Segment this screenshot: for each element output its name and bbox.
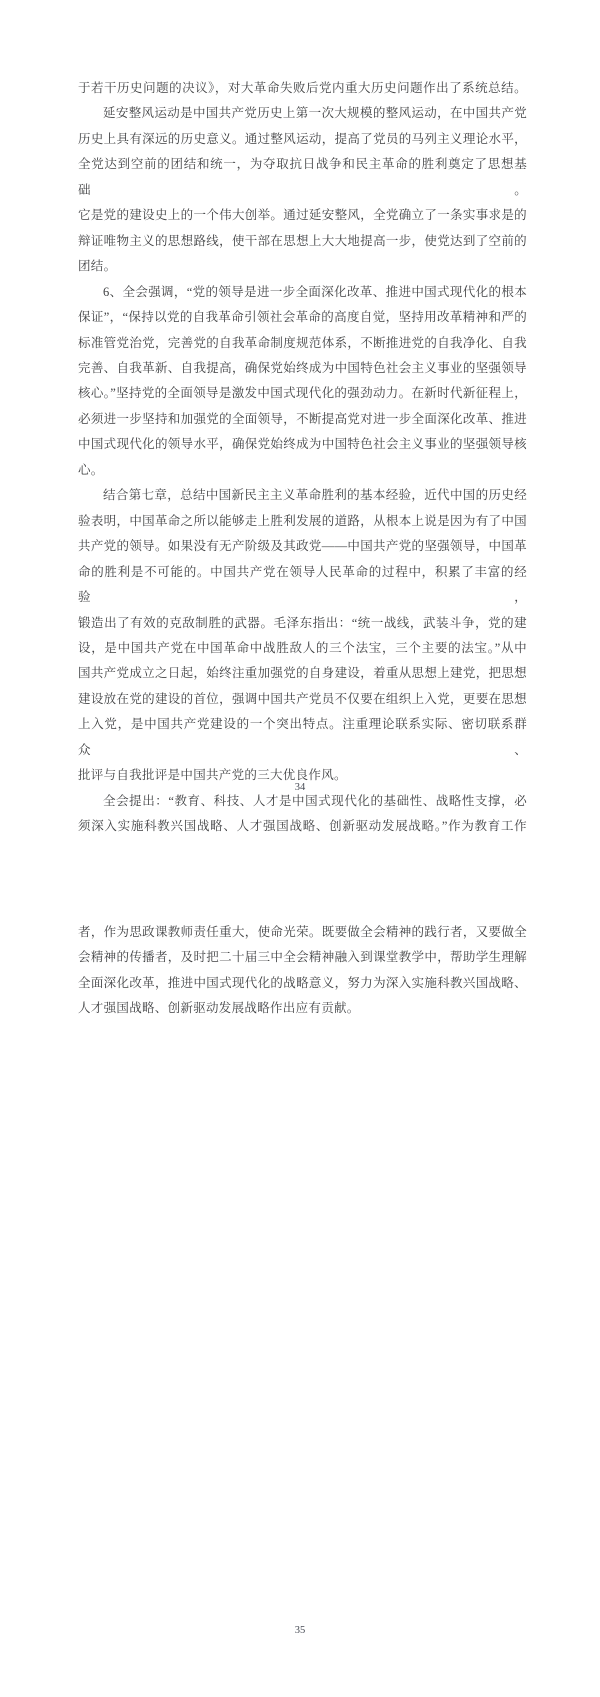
text-line: 于若干历史问题的决议》，对大革命失败后党内重大历史问题作出了系统总结。 bbox=[78, 76, 527, 101]
text-line: 团结。 bbox=[78, 254, 527, 279]
text-line: 辩证唯物主义的思想路线，使干部在思想上大大地提高一步，使党达到了空前的 bbox=[78, 229, 527, 254]
text-line: 者，作为思政课教师责任重大，使命光荣。既要做全会精神的践行者，又要做全 bbox=[78, 920, 527, 945]
text-line: 6、全会强调，“党的领导是进一步全面深化改革、推进中国式现代化的根本 bbox=[78, 280, 527, 305]
document-canvas: 于若干历史问题的决议》，对大革命失败后党内重大历史问题作出了系统总结。延安整风运… bbox=[0, 0, 600, 1697]
text-line: 完善、自我革新、自我提高，确保党始终成为中国特色社会主义事业的坚强领导 bbox=[78, 356, 527, 381]
page-35-body: 者，作为思政课教师责任重大，使命光荣。既要做全会精神的践行者，又要做全会精神的传… bbox=[78, 920, 527, 1022]
text-line: 会精神的传播者，及时把二十届三中全会精神融入到课堂教学中，帮助学生理解 bbox=[78, 945, 527, 970]
text-line: 设，是中国共产党在中国革命中战胜敌人的三个法宝，三个主要的法宝。”从中 bbox=[78, 636, 527, 661]
text-line: 标准管党治党，完善党的自我革命制度规范体系，不断推进党的自我净化、自我 bbox=[78, 331, 527, 356]
text-line: 国共产党成立之日起，始终注重加强党的自身建设，着重从思想上建党，把思想 bbox=[78, 661, 527, 686]
text-line: 必须进一步坚持和加强党的全面领导，不断提高党对进一步全面深化改革、推进 bbox=[78, 407, 527, 432]
text-line: 上入党，是中国共产党建设的一个突出特点。注重理论联系实际、密切联系群众、 bbox=[78, 712, 527, 763]
text-line: 人才强国战略、创新驱动发展战略作出应有贡献。 bbox=[78, 996, 527, 1021]
page-35-number: 35 bbox=[0, 1624, 600, 1638]
text-line: 建设放在党的建设的首位，强调中国共产党员不仅要在组织上入党，更要在思想 bbox=[78, 687, 527, 712]
text-line: 延安整风运动是中国共产党历史上第一次大规模的整风运动，在中国共产党 bbox=[78, 101, 527, 126]
text-line: 验表明，中国革命之所以能够走上胜利发展的道路，从根本上说是因为有了中国 bbox=[78, 509, 527, 534]
text-line: 结合第七章，总结中国新民主主义革命胜利的基本经验，近代中国的历史经 bbox=[78, 483, 527, 508]
text-line: 历史上具有深远的历史意义。通过整风运动，提高了党员的马列主义理论水平， bbox=[78, 127, 527, 152]
text-line: 共产党的领导。如果没有无产阶级及其政党——中国共产党的坚强领导，中国革 bbox=[78, 534, 527, 559]
text-line: 心。 bbox=[78, 458, 527, 483]
text-line: 中国式现代化的领导水平，确保党始终成为中国特色社会主义事业的坚强领导核 bbox=[78, 432, 527, 457]
text-line: 命的胜利是不可能的。中国共产党在领导人民革命的过程中，积累了丰富的经验， bbox=[78, 560, 527, 611]
text-line: 全面深化改革，推进中国式现代化的战略意义，努力为深入实施科教兴国战略、 bbox=[78, 971, 527, 996]
text-line: 锻造出了有效的克敌制胜的武器。毛泽东指出：“统一战线，武装斗争，党的建 bbox=[78, 611, 527, 636]
text-line: 须深入实施科教兴国战略、人才强国战略、创新驱动发展战略。”作为教育工作 bbox=[78, 814, 527, 839]
text-line: 全党达到空前的团结和统一，为夺取抗日战争和民主革命的胜利奠定了思想基础。 bbox=[78, 152, 527, 203]
page-34-number: 34 bbox=[0, 781, 600, 795]
text-line: 它是党的建设史上的一个伟大创举。通过延安整风，全党确立了一条实事求是的 bbox=[78, 203, 527, 228]
text-line: 核心。”坚持党的全面领导是激发中国式现代化的强劲动力。在新时代新征程上， bbox=[78, 381, 527, 406]
page-34-body: 于若干历史问题的决议》，对大革命失败后党内重大历史问题作出了系统总结。延安整风运… bbox=[78, 76, 527, 840]
text-line: 保证”，“保持以党的自我革命引领社会革命的高度自觉，坚持用改革精神和严的 bbox=[78, 305, 527, 330]
